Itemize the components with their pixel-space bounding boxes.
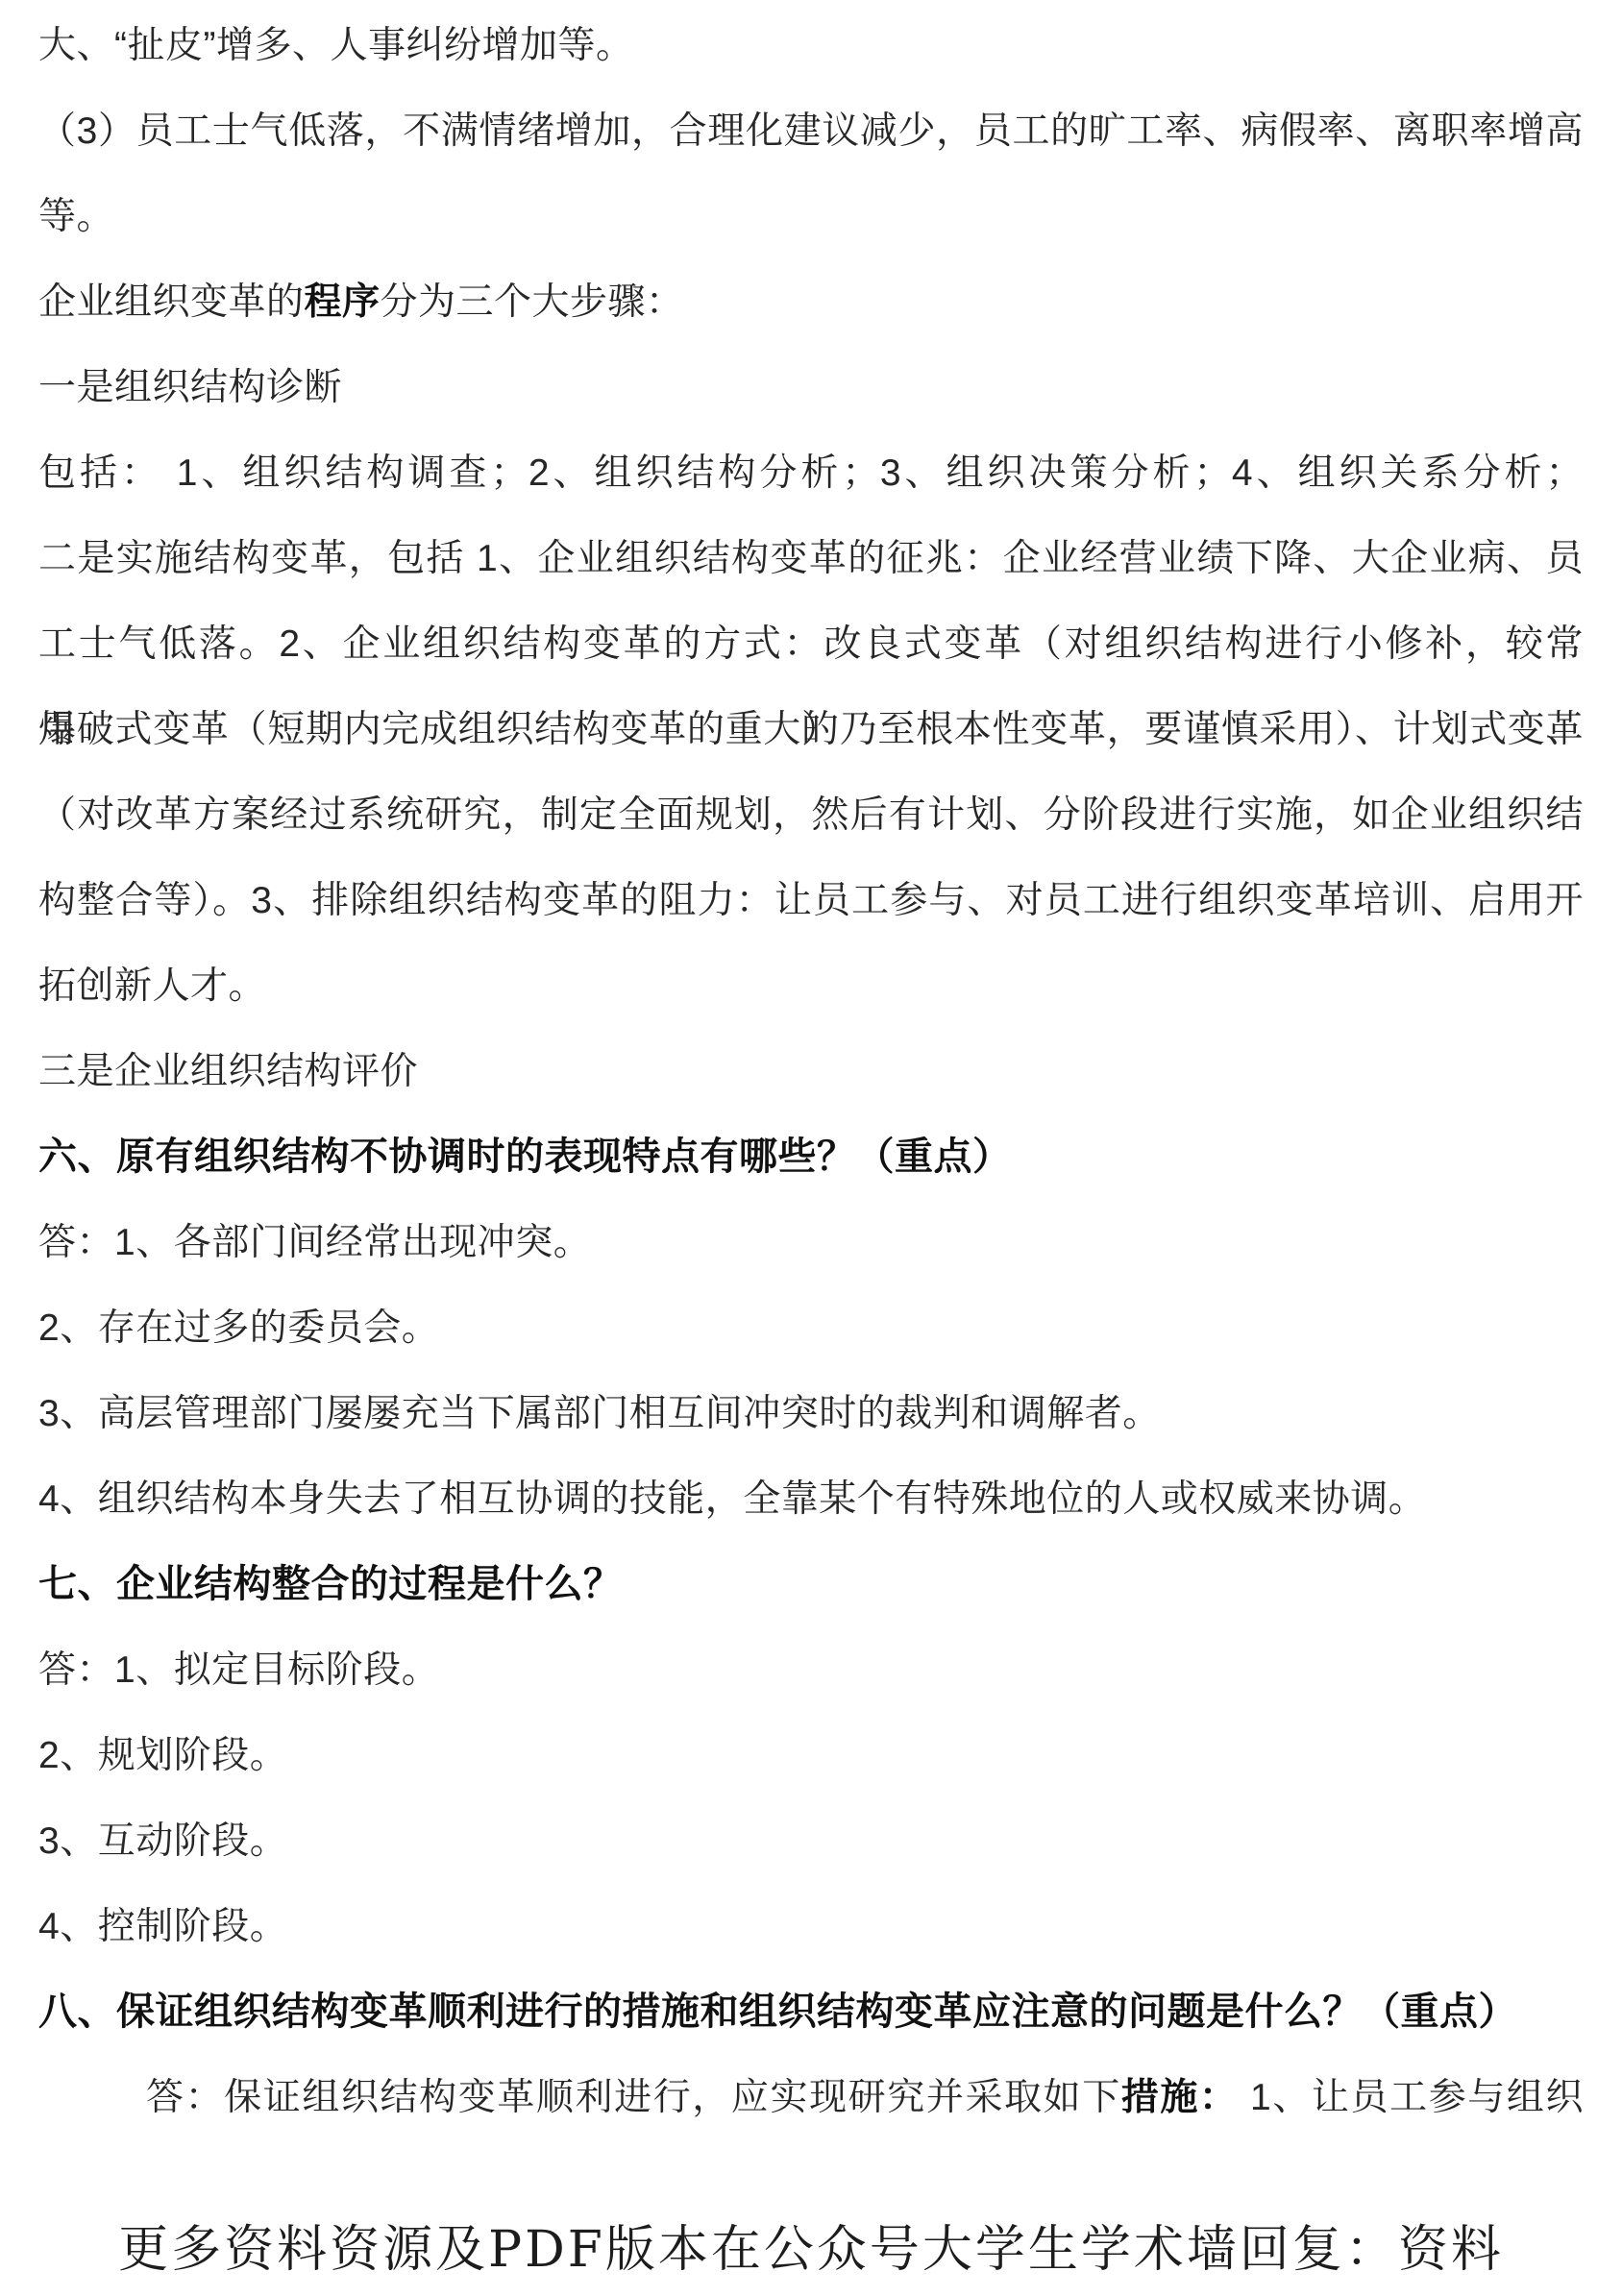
text-line: 三是企业组织结构评价 (38, 1029, 1584, 1114)
text-line: 大、“扯皮”增多、人事纠纷增加等。 (38, 3, 1584, 88)
text-line: 4、控制阶段。 (38, 1884, 1584, 1969)
text-segment: （3）员工士气低落，不满情绪增加，合理化建议减少，员工的旷工率、病假率、离职率增… (38, 110, 1584, 152)
text-line: 2、存在过多的委员会。 (38, 1285, 1584, 1371)
text-line: （对改革方案经过系统研究，制定全面规划，然后有计划、分阶段进行实施，如企业组织结 (38, 772, 1584, 858)
text-segment: 三是企业组织结构评价 (38, 1051, 418, 1092)
text-segment: 拓创新人才。 (38, 965, 266, 1007)
heading-line: 六、原有组织结构不协调时的表现特点有哪些？（重点） (38, 1114, 1584, 1200)
text-line: 企业组织变革的程序分为三个大步骤： (38, 259, 1584, 345)
text-segment: 答：1、各部门间经常出现冲突。 (38, 1222, 591, 1263)
text-line: 3、高层管理部门屡屡充当下属部门相互间冲突时的裁判和调解者。 (38, 1371, 1584, 1456)
text-segment: 八、保证组织结构变革顺利进行的措施和组织结构变革应注意的问题是什么？（重点） (38, 1991, 1517, 2033)
text-segment: 4、组织结构本身失去了相互协调的技能，全靠某个有特殊地位的人或权威来协调。 (38, 1478, 1426, 1520)
bold-text-segment: 程序 (305, 281, 381, 323)
text-line: 构整合等）。3、排除组织结构变革的阻力：让员工参与、对员工进行组织变革培训、启用… (38, 858, 1584, 943)
text-segment: 企业组织变革的 (38, 281, 305, 323)
text-segment: 二是实施结构变革，包括 1、企业组织结构变革的征兆：企业经营业绩下降、大企业病、… (38, 538, 1584, 579)
text-line: 4、组织结构本身失去了相互协调的技能，全靠某个有特殊地位的人或权威来协调。 (38, 1456, 1584, 1542)
text-segment: 构整合等）。3、排除组织结构变革的阻力：让员工参与、对员工进行组织变革培训、启用… (38, 880, 1584, 921)
text-segment: 1、让员工参与组织 (1239, 2077, 1584, 2118)
text-segment: 2、存在过多的委员会。 (38, 1307, 439, 1349)
text-line: 答：1、拟定目标阶段。 (38, 1627, 1584, 1713)
text-segment: 大、“扯皮”增多、人事纠纷增加等。 (38, 25, 633, 66)
text-segment: 等。 (38, 196, 114, 237)
document-body: 大、“扯皮”增多、人事纠纷增加等。（3）员工士气低落，不满情绪增加，合理化建议减… (38, 3, 1584, 2140)
document-page: 大、“扯皮”增多、人事纠纷增加等。（3）员工士气低落，不满情绪增加，合理化建议减… (0, 0, 1622, 2296)
text-segment: 七、企业结构整合的过程是什么？ (38, 1563, 623, 1605)
text-line: 3、互动阶段。 (38, 1798, 1584, 1884)
text-line: （3）员工士气低落，不满情绪增加，合理化建议减少，员工的旷工率、病假率、离职率增… (38, 88, 1584, 174)
text-line: 2、规划阶段。 (38, 1713, 1584, 1798)
text-segment: 答：1、拟定目标阶段。 (38, 1649, 439, 1691)
bold-text-segment: 措施： (1121, 2077, 1239, 2118)
text-segment: 分为三个大步骤： (381, 281, 684, 323)
text-line: 拓创新人才。 (38, 943, 1584, 1029)
heading-line: 七、企业结构整合的过程是什么？ (38, 1542, 1584, 1627)
text-segment: 答：保证组织结构变革顺利进行，应实现研究并采取如下 (146, 2077, 1121, 2118)
text-segment: 爆破式变革（短期内完成组织结构变革的重大的乃至根本性变革，要谨慎采用）、计划式变… (38, 709, 1584, 750)
text-line: 爆破式变革（短期内完成组织结构变革的重大的乃至根本性变革，要谨慎采用）、计划式变… (38, 687, 1584, 772)
text-line: 二是实施结构变革，包括 1、企业组织结构变革的征兆：企业经营业绩下降、大企业病、… (38, 516, 1584, 601)
text-line: 一是组织结构诊断 (38, 345, 1584, 430)
text-segment: 2、规划阶段。 (38, 1735, 287, 1776)
text-segment: 包括： 1、组织结构调查；2、组织结构分析；3、组织决策分析；4、组织关系分析； (38, 452, 1584, 494)
text-segment: 3、互动阶段。 (38, 1820, 287, 1862)
text-segment: 六、原有组织结构不协调时的表现特点有哪些？（重点） (38, 1136, 1012, 1178)
heading-line: 八、保证组织结构变革顺利进行的措施和组织结构变革应注意的问题是什么？（重点） (38, 1969, 1584, 2055)
text-segment: 一是组织结构诊断 (38, 367, 342, 408)
text-segment: 3、高层管理部门屡屡充当下属部门相互间冲突时的裁判和调解者。 (38, 1393, 1161, 1434)
text-line: 答：1、各部门间经常出现冲突。 (38, 1200, 1584, 1285)
text-line: 包括： 1、组织结构调查；2、组织结构分析；3、组织决策分析；4、组织关系分析； (38, 430, 1584, 516)
text-line: 答：保证组织结构变革顺利进行，应实现研究并采取如下措施： 1、让员工参与组织 (38, 2055, 1584, 2140)
text-line: 工士气低落。2、企业组织结构变革的方式：改良式变革（对组织结构进行小修补，较常用… (38, 601, 1584, 687)
text-line: 等。 (38, 174, 1584, 259)
text-segment: 4、控制阶段。 (38, 1906, 287, 1947)
text-segment: （对改革方案经过系统研究，制定全面规划，然后有计划、分阶段进行实施，如企业组织结 (38, 794, 1584, 836)
footer-note: 更多资料资源及PDF版本在公众号大学生学术墙回复：资料 (0, 2207, 1622, 2293)
